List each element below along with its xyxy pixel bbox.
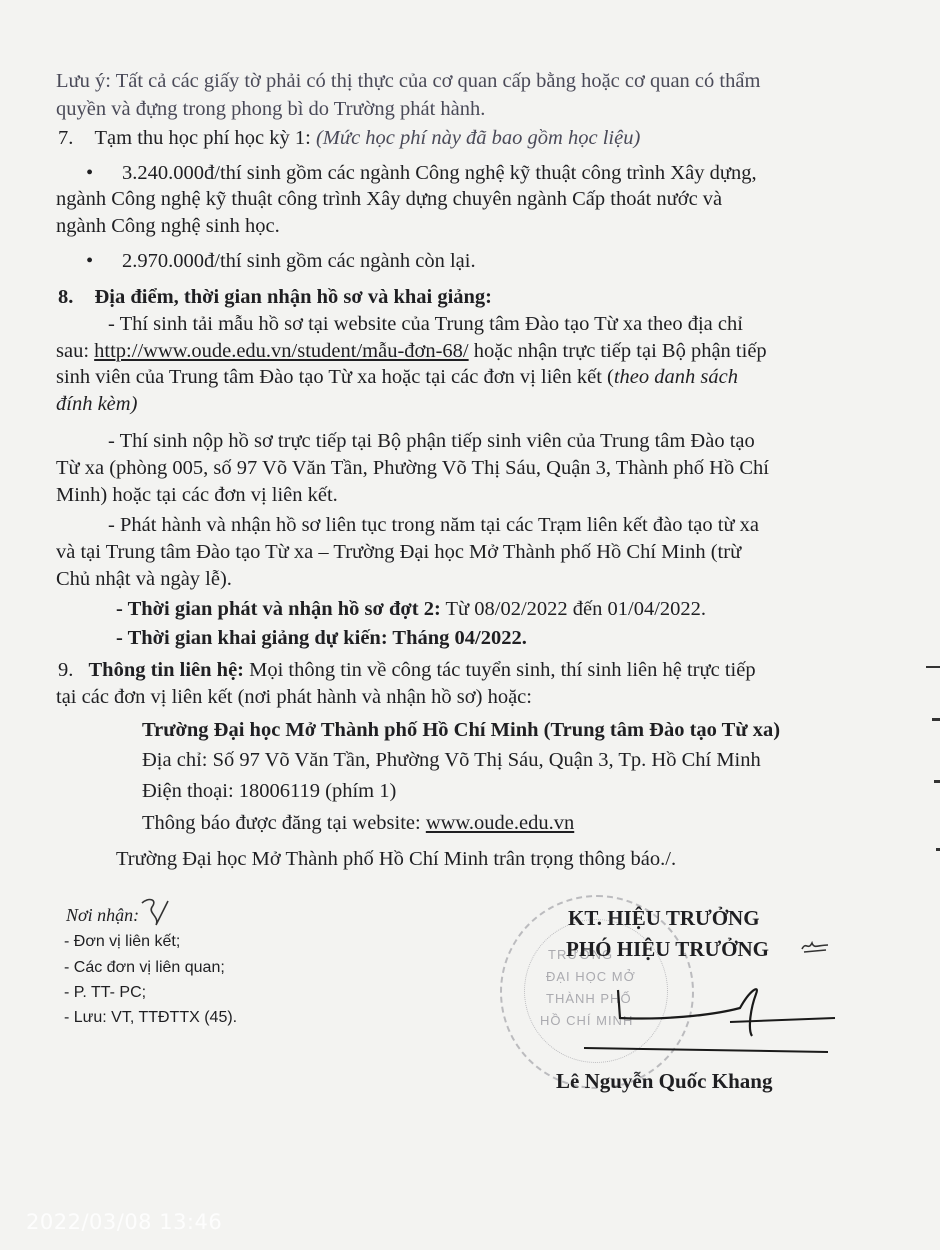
opening-date: - Thời gian khai giảng dự kiến: Tháng 04… xyxy=(116,625,527,651)
initial-mark-icon xyxy=(138,895,174,931)
signatory-title-2: PHÓ HIỆU TRƯỞNG xyxy=(566,936,769,962)
note-line-2: quyền và đựng trong phong bì do Trường p… xyxy=(56,96,485,122)
section-7-number: 7. xyxy=(58,127,73,149)
download-line-4: đính kèm) xyxy=(56,391,137,417)
contact-address: Địa chỉ: Số 97 Võ Văn Tần, Phường Võ Thị… xyxy=(142,747,761,773)
section-9-line-2: tại các đơn vị liên kết (nơi phát hành v… xyxy=(56,684,532,710)
section-8-heading: 8. Địa điểm, thời gian nhận hồ sơ và kha… xyxy=(58,284,492,310)
bullet-icon: • xyxy=(86,248,93,274)
section-7-title: Tạm thu học phí học kỳ 1: xyxy=(95,127,311,149)
section-9-title: Thông tin liên hệ: xyxy=(89,659,245,681)
download-line-2: sau: http://www.oude.edu.vn/student/mẫu-… xyxy=(56,338,767,364)
recipient-item: - Đơn vị liên kết; xyxy=(64,929,180,955)
contact-organization: Trường Đại học Mở Thành phố Hồ Chí Minh … xyxy=(142,717,780,743)
website-label: Thông báo được đăng tại website: xyxy=(142,812,426,834)
closing-line: Trường Đại học Mở Thành phố Hồ Chí Minh … xyxy=(116,846,676,872)
submit-line-1: - Thí sinh nộp hồ sơ trực tiếp tại Bộ ph… xyxy=(108,428,755,454)
fee-bullet-1-line-2: ngành Công nghệ kỹ thuật công trình Xây … xyxy=(56,186,874,212)
form-download-link[interactable]: http://www.oude.edu.vn/student/mẫu-đơn-6… xyxy=(94,340,468,362)
recipient-item: - P. TT- PC; xyxy=(64,980,146,1006)
download-line-1: - Thí sinh tải mẫu hồ sơ tại website của… xyxy=(108,311,878,337)
contact-website: Thông báo được đăng tại website: www.oud… xyxy=(142,810,574,836)
section-7-note: (Mức học phí này đã bao gồm học liệu) xyxy=(316,127,640,149)
attached-list-note: theo danh sách xyxy=(614,366,738,388)
issue-line-1: - Phát hành và nhận hồ sơ liên tục trong… xyxy=(108,512,759,538)
section-7-heading: 7. Tạm thu học phí học kỳ 1: (Mức học ph… xyxy=(58,125,640,151)
section-8-number: 8. xyxy=(58,286,73,308)
download-line-2-prefix: sau: xyxy=(56,340,94,362)
round-2-dates: Từ 08/02/2022 đến 01/04/2022. xyxy=(441,598,706,620)
signatory-title-1: KT. HIỆU TRƯỞNG xyxy=(568,905,760,931)
contact-phone: Điện thoại: 18006119 (phím 1) xyxy=(142,778,396,804)
recipient-item: - Lưu: VT, TTĐTTX (45). xyxy=(64,1005,237,1031)
download-line-2-suffix: hoặc nhận trực tiếp tại Bộ phận tiếp xyxy=(469,340,767,362)
download-line-3-text: sinh viên của Trung tâm Đào tạo Từ xa ho… xyxy=(56,366,614,388)
submit-line-2: Từ xa (phòng 005, số 97 Võ Văn Tần, Phườ… xyxy=(56,455,769,481)
fee-bullet-1-line-3: ngành Công nghệ sinh học. xyxy=(56,213,280,239)
issue-line-3: Chủ nhật và ngày lễ). xyxy=(56,566,232,592)
fee-bullet-1-line-1: 3.240.000đ/thí sinh gồm các ngành Công n… xyxy=(122,160,874,186)
page-edge-marks xyxy=(926,660,940,860)
download-line-3: sinh viên của Trung tâm Đào tạo Từ xa ho… xyxy=(56,364,738,390)
section-9-heading: 9. Thông tin liên hệ: Mọi thông tin về c… xyxy=(58,657,756,683)
website-link[interactable]: www.oude.edu.vn xyxy=(426,812,574,834)
bullet-icon: • xyxy=(86,160,93,186)
issue-line-2: và tại Trung tâm Đào tạo Từ xa – Trường … xyxy=(56,539,741,565)
section-9-line-1: Mọi thông tin về công tác tuyển sinh, th… xyxy=(244,659,756,681)
section-9-number: 9. xyxy=(58,659,73,681)
initial-mark-icon xyxy=(800,937,830,955)
signatory-name: Lê Nguyễn Quốc Khang xyxy=(556,1068,772,1094)
submit-line-3: Minh) hoặc tại các đơn vị liên kết. xyxy=(56,482,338,508)
round-2-label: - Thời gian phát và nhận hồ sơ đợt 2: xyxy=(116,598,441,620)
fee-bullet-2: 2.970.000đ/thí sinh gồm các ngành còn lạ… xyxy=(122,248,476,274)
recipient-item: - Các đơn vị liên quan; xyxy=(64,955,225,981)
document-page: Lưu ý: Tất cả các giấy tờ phải có thị th… xyxy=(0,0,940,1250)
recipients-title: Nơi nhận: xyxy=(66,902,139,928)
signature-icon xyxy=(580,980,840,1060)
photo-timestamp: 2022/03/08 13:46 xyxy=(26,1210,222,1234)
section-8-title: Địa điểm, thời gian nhận hồ sơ và khai g… xyxy=(95,286,493,308)
note-line-1: Lưu ý: Tất cả các giấy tờ phải có thị th… xyxy=(56,68,874,94)
round-2-schedule: - Thời gian phát và nhận hồ sơ đợt 2: Từ… xyxy=(116,596,706,622)
